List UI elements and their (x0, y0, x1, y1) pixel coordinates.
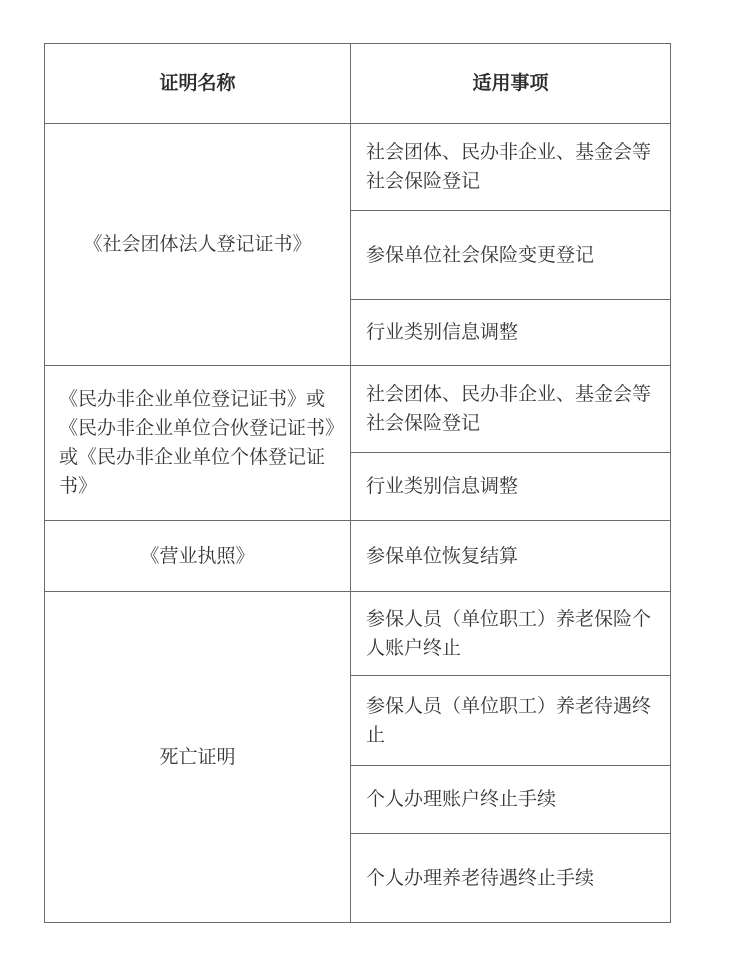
certificate-name-cell: 《营业执照》 (45, 521, 351, 592)
table-row: 《社会团体法人登记证书》 社会团体、民办非企业、基金会等社会保险登记 (45, 124, 671, 211)
applicable-matter-cell: 社会团体、民办非企业、基金会等社会保险登记 (351, 124, 671, 211)
certificate-name-cell: 《社会团体法人登记证书》 (45, 124, 351, 366)
applicable-matter-cell: 个人办理账户终止手续 (351, 766, 671, 834)
applicable-matter-cell: 个人办理养老待遇终止手续 (351, 834, 671, 923)
applicable-matter-cell: 社会团体、民办非企业、基金会等社会保险登记 (351, 366, 671, 453)
certificate-name-cell: 死亡证明 (45, 592, 351, 923)
applicable-matter-cell: 行业类别信息调整 (351, 300, 671, 366)
table-row: 《民办非企业单位登记证书》或《民办非企业单位合伙登记证书》或《民办非企业单位个体… (45, 366, 671, 453)
page: 证明名称 适用事项 《社会团体法人登记证书》 社会团体、民办非企业、基金会等社会… (0, 0, 750, 975)
applicable-matter-cell: 参保人员（单位职工）养老保险个人账户终止 (351, 592, 671, 676)
applicable-matter-cell: 参保单位恢复结算 (351, 521, 671, 592)
certificate-usage-table: 证明名称 适用事项 《社会团体法人登记证书》 社会团体、民办非企业、基金会等社会… (44, 43, 671, 923)
applicable-matter-cell: 行业类别信息调整 (351, 453, 671, 521)
table-row: 《营业执照》 参保单位恢复结算 (45, 521, 671, 592)
column-header-certificate-name: 证明名称 (45, 44, 351, 124)
applicable-matter-cell: 参保单位社会保险变更登记 (351, 211, 671, 300)
table-row: 死亡证明 参保人员（单位职工）养老保险个人账户终止 (45, 592, 671, 676)
table-header-row: 证明名称 适用事项 (45, 44, 671, 124)
certificate-name-cell: 《民办非企业单位登记证书》或《民办非企业单位合伙登记证书》或《民办非企业单位个体… (45, 366, 351, 521)
applicable-matter-cell: 参保人员（单位职工）养老待遇终止 (351, 676, 671, 766)
column-header-applicable-matters: 适用事项 (351, 44, 671, 124)
